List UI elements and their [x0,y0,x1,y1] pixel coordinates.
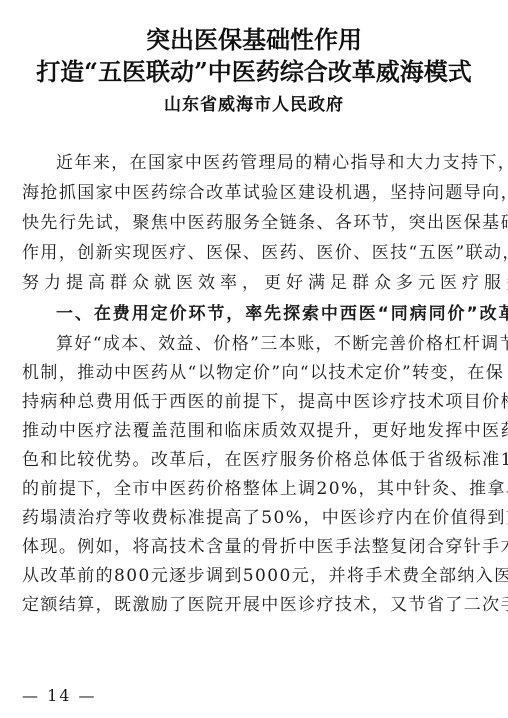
title-line-1: 突出医保基础性作用 [0,20,508,55]
paragraph-line: 体 现 。 例 如 ， 将 高 技 术 含 量 的 骨 折 中 医 手 法 整 … [22,536,490,558]
paragraph-line: 定 额 结 算 ， 既 激 励 了 医 院 开 展 中 医 诊 疗 技 术 ， … [22,594,490,616]
paragraph-line: 近 年 来 ， 在 国 家 中 医 药 管 理 局 的 精 心 指 导 和 大 … [56,152,490,174]
paragraph-line: 从 改 革 前 的 8 0 0 元 逐 步 调 到 5 0 0 0 元 ， 并 … [22,565,490,587]
paragraph-line: 推 动 中 医 疗 法 覆 盖 范 围 和 临 床 质 效 双 提 升 ， 更 … [22,420,490,442]
paragraph-line: 快 先 行 先 试 ， 聚 焦 中 医 药 服 务 全 链 条 、 各 环 节 … [22,212,490,234]
paragraph-line: 色 和 比 较 优 势 。 改 革 后 ， 在 医 疗 服 务 价 格 总 体 … [22,449,490,471]
title-line-2: 打造“五医联动”中医药综合改革威海模式 [0,52,508,87]
paragraph-line: 的 前 提 下 ， 全 市 中 医 药 价 格 整 体 上 调 2 0 % ， … [22,478,490,500]
paragraph-line: 作 用 ， 创 新 实 现 医 疗 、 医 保 、 医 药 、 医 价 、 医 … [22,242,490,264]
section-heading: 一 、 在 费 用 定 价 环 节 ， 率 先 探 索 中 西 医 “ 同 病 … [56,303,490,325]
paragraph-line: 努力提高群众就医效率，更好满足群众多元医疗服务需求。 [22,272,490,294]
paragraph-line: 药 塌 渍 治 疗 等 收 费 标 准 提 高 了 5 0 % ， 中 医 诊 … [22,507,490,529]
author: 山东省威海市人民政府 [0,90,508,115]
paragraph-line: 算 好 “ 成 本 、 效 益 、 价 格 ” 三 本 账 ， 不 断 完 善 … [56,333,490,355]
paragraph-line: 持 病 种 总 费 用 低 于 西 医 的 前 提 下 ， 提 高 中 医 诊 … [22,391,490,413]
paragraph-line: 机 制 ， 推 动 中 医 药 从 “ 以 物 定 价 ” 向 “ 以 技 术 … [22,362,490,384]
page-number: — 14 — [22,686,97,705]
paragraph-line: 海 抢 抓 国 家 中 医 药 综 合 改 革 试 验 区 建 设 机 遇 ， … [22,182,490,204]
